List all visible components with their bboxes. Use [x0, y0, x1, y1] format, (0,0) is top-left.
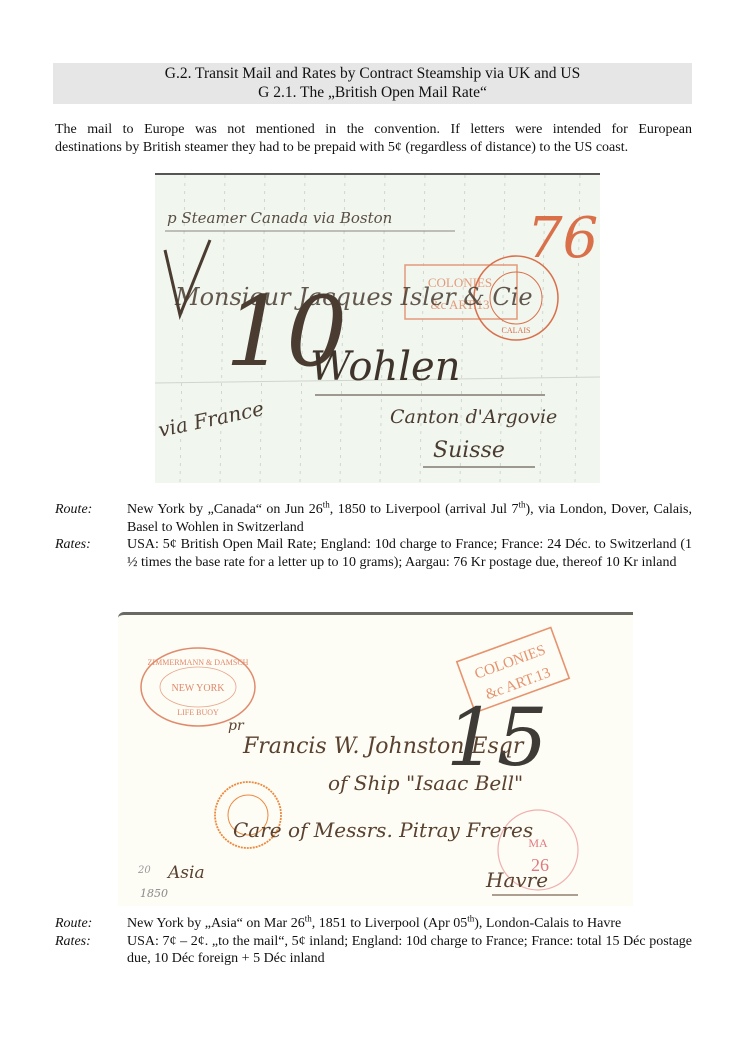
svg-text:Wohlen: Wohlen [310, 344, 460, 390]
intro-line-1: The mail to Europe was not mentioned in … [55, 121, 692, 139]
svg-text:NEW YORK: NEW YORK [171, 683, 225, 694]
rates-label: Rates: [55, 933, 127, 968]
route-row: Route: New York by „Canada“ on Jun 26th,… [55, 501, 692, 536]
svg-text:LIFE BUOY: LIFE BUOY [177, 708, 219, 717]
rates-row: Rates: USA: 5¢ British Open Mail Rate; E… [55, 536, 692, 571]
svg-text:Care of Messrs. Pitray Freres: Care of Messrs. Pitray Freres [233, 818, 533, 842]
cover-2-illustration: ZIMMERMANN & DAMSCH NEW YORK LIFE BUOY C… [118, 615, 633, 906]
rates-text: USA: 7¢ – 2¢. „to the mail“, 5¢ inland; … [127, 933, 692, 968]
route-row: Route: New York by „Asia“ on Mar 26th, 1… [55, 915, 692, 933]
svg-text:20: 20 [137, 865, 151, 876]
svg-text:Francis W. Johnston Esqr: Francis W. Johnston Esqr [242, 734, 525, 759]
svg-text:Suisse: Suisse [433, 438, 505, 463]
route-text: New York by „Asia“ on Mar 26th, 1851 to … [127, 915, 692, 933]
intro-paragraph: The mail to Europe was not mentioned in … [55, 121, 692, 157]
section-title: G.2. Transit Mail and Rates by Contract … [53, 64, 692, 83]
svg-text:p Steamer Canada via Boston: p Steamer Canada via Boston [167, 209, 392, 227]
svg-text:ZIMMERMANN & DAMSCH: ZIMMERMANN & DAMSCH [148, 658, 249, 667]
section-subtitle: G 2.1. The „British Open Mail Rate“ [53, 83, 692, 102]
svg-text:of Ship "Isaac Bell": of Ship "Isaac Bell" [328, 771, 523, 795]
route-text: New York by „Canada“ on Jun 26th, 1850 t… [127, 501, 692, 536]
section-header: G.2. Transit Mail and Rates by Contract … [53, 63, 692, 104]
cover-1-illustration: COLONIES &c ART.13 CALAIS 76 p Steamer C… [155, 175, 600, 483]
rates-text: USA: 5¢ British Open Mail Rate; England:… [127, 536, 692, 571]
svg-text:via France: via France [156, 396, 266, 442]
cover-1-caption: Route: New York by „Canada“ on Jun 26th,… [55, 501, 692, 571]
svg-text:pr: pr [228, 718, 245, 734]
svg-text:Havre: Havre [485, 868, 548, 892]
cover-image-2: ZIMMERMANN & DAMSCH NEW YORK LIFE BUOY C… [118, 612, 633, 906]
svg-text:Monsieur Jacques Isler & Cie: Monsieur Jacques Isler & Cie [174, 283, 533, 311]
svg-text:CALAIS: CALAIS [502, 326, 531, 335]
route-label: Route: [55, 915, 127, 933]
cover-2-caption: Route: New York by „Asia“ on Mar 26th, 1… [55, 915, 692, 968]
cover-image-1: COLONIES &c ART.13 CALAIS 76 p Steamer C… [155, 173, 600, 483]
svg-text:76: 76 [527, 206, 598, 271]
rates-label: Rates: [55, 536, 127, 571]
svg-text:1850: 1850 [140, 887, 168, 900]
rates-row: Rates: USA: 7¢ – 2¢. „to the mail“, 5¢ i… [55, 933, 692, 968]
svg-text:Asia: Asia [166, 863, 205, 883]
intro-line-2: destinations by British steamer they had… [55, 140, 628, 155]
route-label: Route: [55, 501, 127, 536]
svg-text:Canton d'Argovie: Canton d'Argovie [390, 406, 557, 428]
